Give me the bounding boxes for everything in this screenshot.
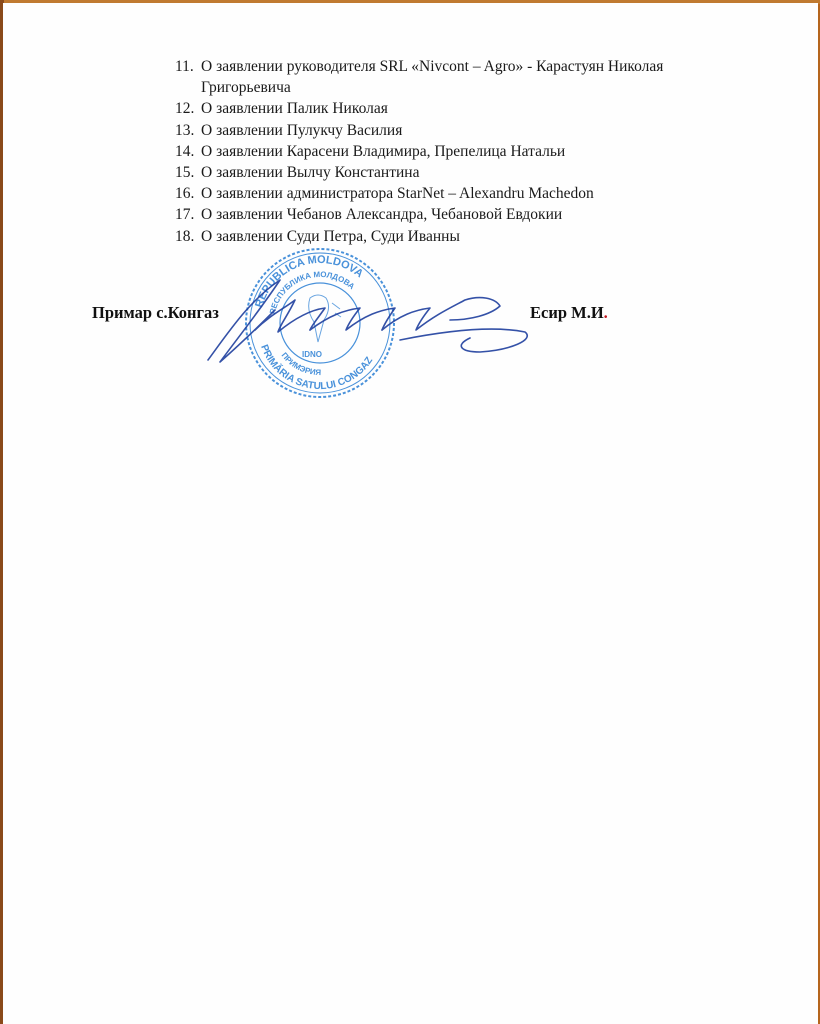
signature-icon bbox=[200, 270, 540, 370]
item-text: О заявлении Чебанов Александра, Чебаново… bbox=[201, 206, 562, 223]
item-text: О заявлении руководителя SRL «Nivcont – … bbox=[201, 58, 663, 75]
item-number: 11. bbox=[175, 56, 194, 77]
item-number: 12. bbox=[175, 98, 194, 119]
item-number: 17. bbox=[175, 204, 194, 225]
item-text: О заявлении Палик Николая bbox=[201, 100, 388, 117]
item-number: 15. bbox=[175, 162, 194, 183]
item-text: О заявлении Карасени Владимира, Препелиц… bbox=[201, 143, 565, 160]
item-number: 16. bbox=[175, 183, 194, 204]
item-text-continuation: Григорьевича bbox=[201, 79, 291, 96]
list-item: 17. О заявлении Чебанов Александра, Чеба… bbox=[175, 204, 735, 225]
list-item: 16. О заявлении администратора StarNet –… bbox=[175, 183, 735, 204]
item-text: О заявлении Пулукчу Василия bbox=[201, 122, 402, 139]
list-item: 15. О заявлении Вылчу Константина bbox=[175, 162, 735, 183]
list-item: 13. О заявлении Пулукчу Василия bbox=[175, 120, 735, 141]
list-item: 11. О заявлении руководителя SRL «Nivcon… bbox=[175, 56, 735, 98]
signatory-title: Примар с.Конгаз bbox=[92, 303, 219, 323]
item-text: О заявлении Вылчу Константина bbox=[201, 164, 419, 181]
item-number: 14. bbox=[175, 141, 194, 162]
list-item: 12. О заявлении Палик Николая bbox=[175, 98, 735, 119]
list-item: 14. О заявлении Карасени Владимира, Преп… bbox=[175, 141, 735, 162]
signatory-name-block: Есир М.И. bbox=[530, 303, 608, 323]
signatory-name: Есир М.И bbox=[530, 303, 604, 322]
signatory-name-period: . bbox=[604, 303, 608, 322]
agenda-list: 11. О заявлении руководителя SRL «Nivcon… bbox=[175, 56, 735, 247]
item-text: О заявлении администратора StarNet – Ale… bbox=[201, 185, 594, 202]
item-number: 13. bbox=[175, 120, 194, 141]
item-number: 18. bbox=[175, 226, 194, 247]
